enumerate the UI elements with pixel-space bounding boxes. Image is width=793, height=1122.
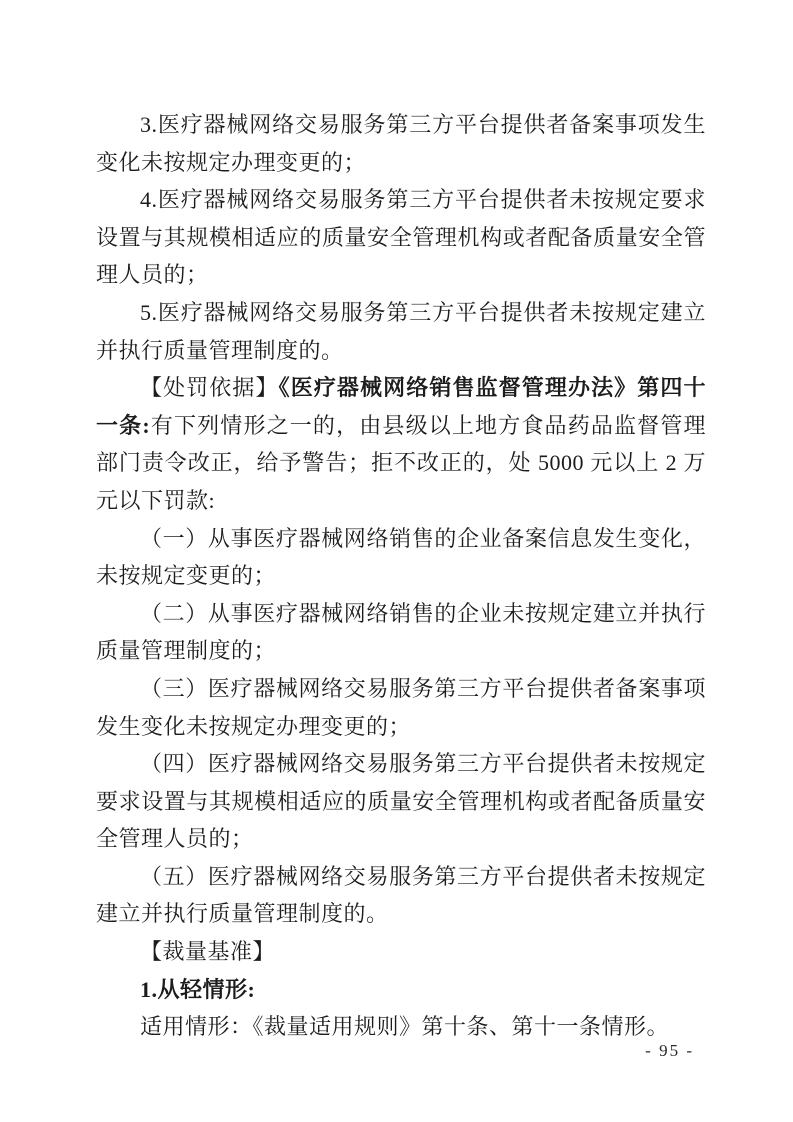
text-run: （五）医疗器械网络交易服务第三方平台提供者未按规定建立并执行质量管理制度的。 <box>96 864 706 927</box>
text-run: 【裁量基准】 <box>140 939 275 964</box>
text-run: 3.医疗器械网络交易服务第三方平台提供者备案事项发生变化未按规定办理变更的； <box>96 112 706 175</box>
text-run: （二）从事医疗器械网络销售的企业未按规定建立并执行质量管理制度的； <box>96 601 706 664</box>
text-run: 4.医疗器械网络交易服务第三方平台提供者未按规定要求设置与其规模相适应的质量安全… <box>96 187 706 287</box>
paragraph: （五）医疗器械网络交易服务第三方平台提供者未按规定建立并执行质量管理制度的。 <box>96 858 706 933</box>
paragraph: 4.医疗器械网络交易服务第三方平台提供者未按规定要求设置与其规模相适应的质量安全… <box>96 181 706 294</box>
text-run: （一）从事医疗器械网络销售的企业备案信息发生变化，未按规定变更的； <box>96 526 706 589</box>
page-number: - 95 - <box>645 1041 694 1061</box>
paragraph: （二）从事医疗器械网络销售的企业未按规定建立并执行质量管理制度的； <box>96 595 706 670</box>
text-run-bold: 1.从轻情形: <box>140 977 255 1002</box>
text-run: 有下列情形之一的，由县级以上地方食品药品监督管理部门责令改正，给予警告；拒不改正… <box>96 413 706 513</box>
text-run: 【处罚依据】 <box>140 375 279 400</box>
paragraph: 1.从轻情形: <box>96 971 706 1009</box>
paragraph: （三）医疗器械网络交易服务第三方平台提供者备案事项发生变化未按规定办理变更的； <box>96 670 706 745</box>
document-page: 3.医疗器械网络交易服务第三方平台提供者备案事项发生变化未按规定办理变更的；4.… <box>0 0 793 1122</box>
paragraph: 5.医疗器械网络交易服务第三方平台提供者未按规定建立并执行质量管理制度的。 <box>96 294 706 369</box>
paragraph: 适用情形：《裁量适用规则》第十条、第十一条情形。 <box>96 1008 706 1046</box>
text-run: （三）医疗器械网络交易服务第三方平台提供者备案事项发生变化未按规定办理变更的； <box>96 676 706 739</box>
paragraph: （四）医疗器械网络交易服务第三方平台提供者未按规定要求设置与其规模相适应的质量安… <box>96 745 706 858</box>
text-run: （四）医疗器械网络交易服务第三方平台提供者未按规定要求设置与其规模相适应的质量安… <box>96 751 706 851</box>
paragraph: 【处罚依据】《医疗器械网络销售监督管理办法》第四十一条:有下列情形之一的，由县级… <box>96 369 706 519</box>
text-run: 适用情形：《裁量适用规则》第十条、第十一条情形。 <box>140 1014 669 1039</box>
document-body: 3.医疗器械网络交易服务第三方平台提供者备案事项发生变化未按规定办理变更的；4.… <box>96 106 706 1046</box>
paragraph: 【裁量基准】 <box>96 933 706 971</box>
text-run: 5.医疗器械网络交易服务第三方平台提供者未按规定建立并执行质量管理制度的。 <box>96 300 706 363</box>
paragraph: 3.医疗器械网络交易服务第三方平台提供者备案事项发生变化未按规定办理变更的； <box>96 106 706 181</box>
paragraph: （一）从事医疗器械网络销售的企业备案信息发生变化，未按规定变更的； <box>96 520 706 595</box>
